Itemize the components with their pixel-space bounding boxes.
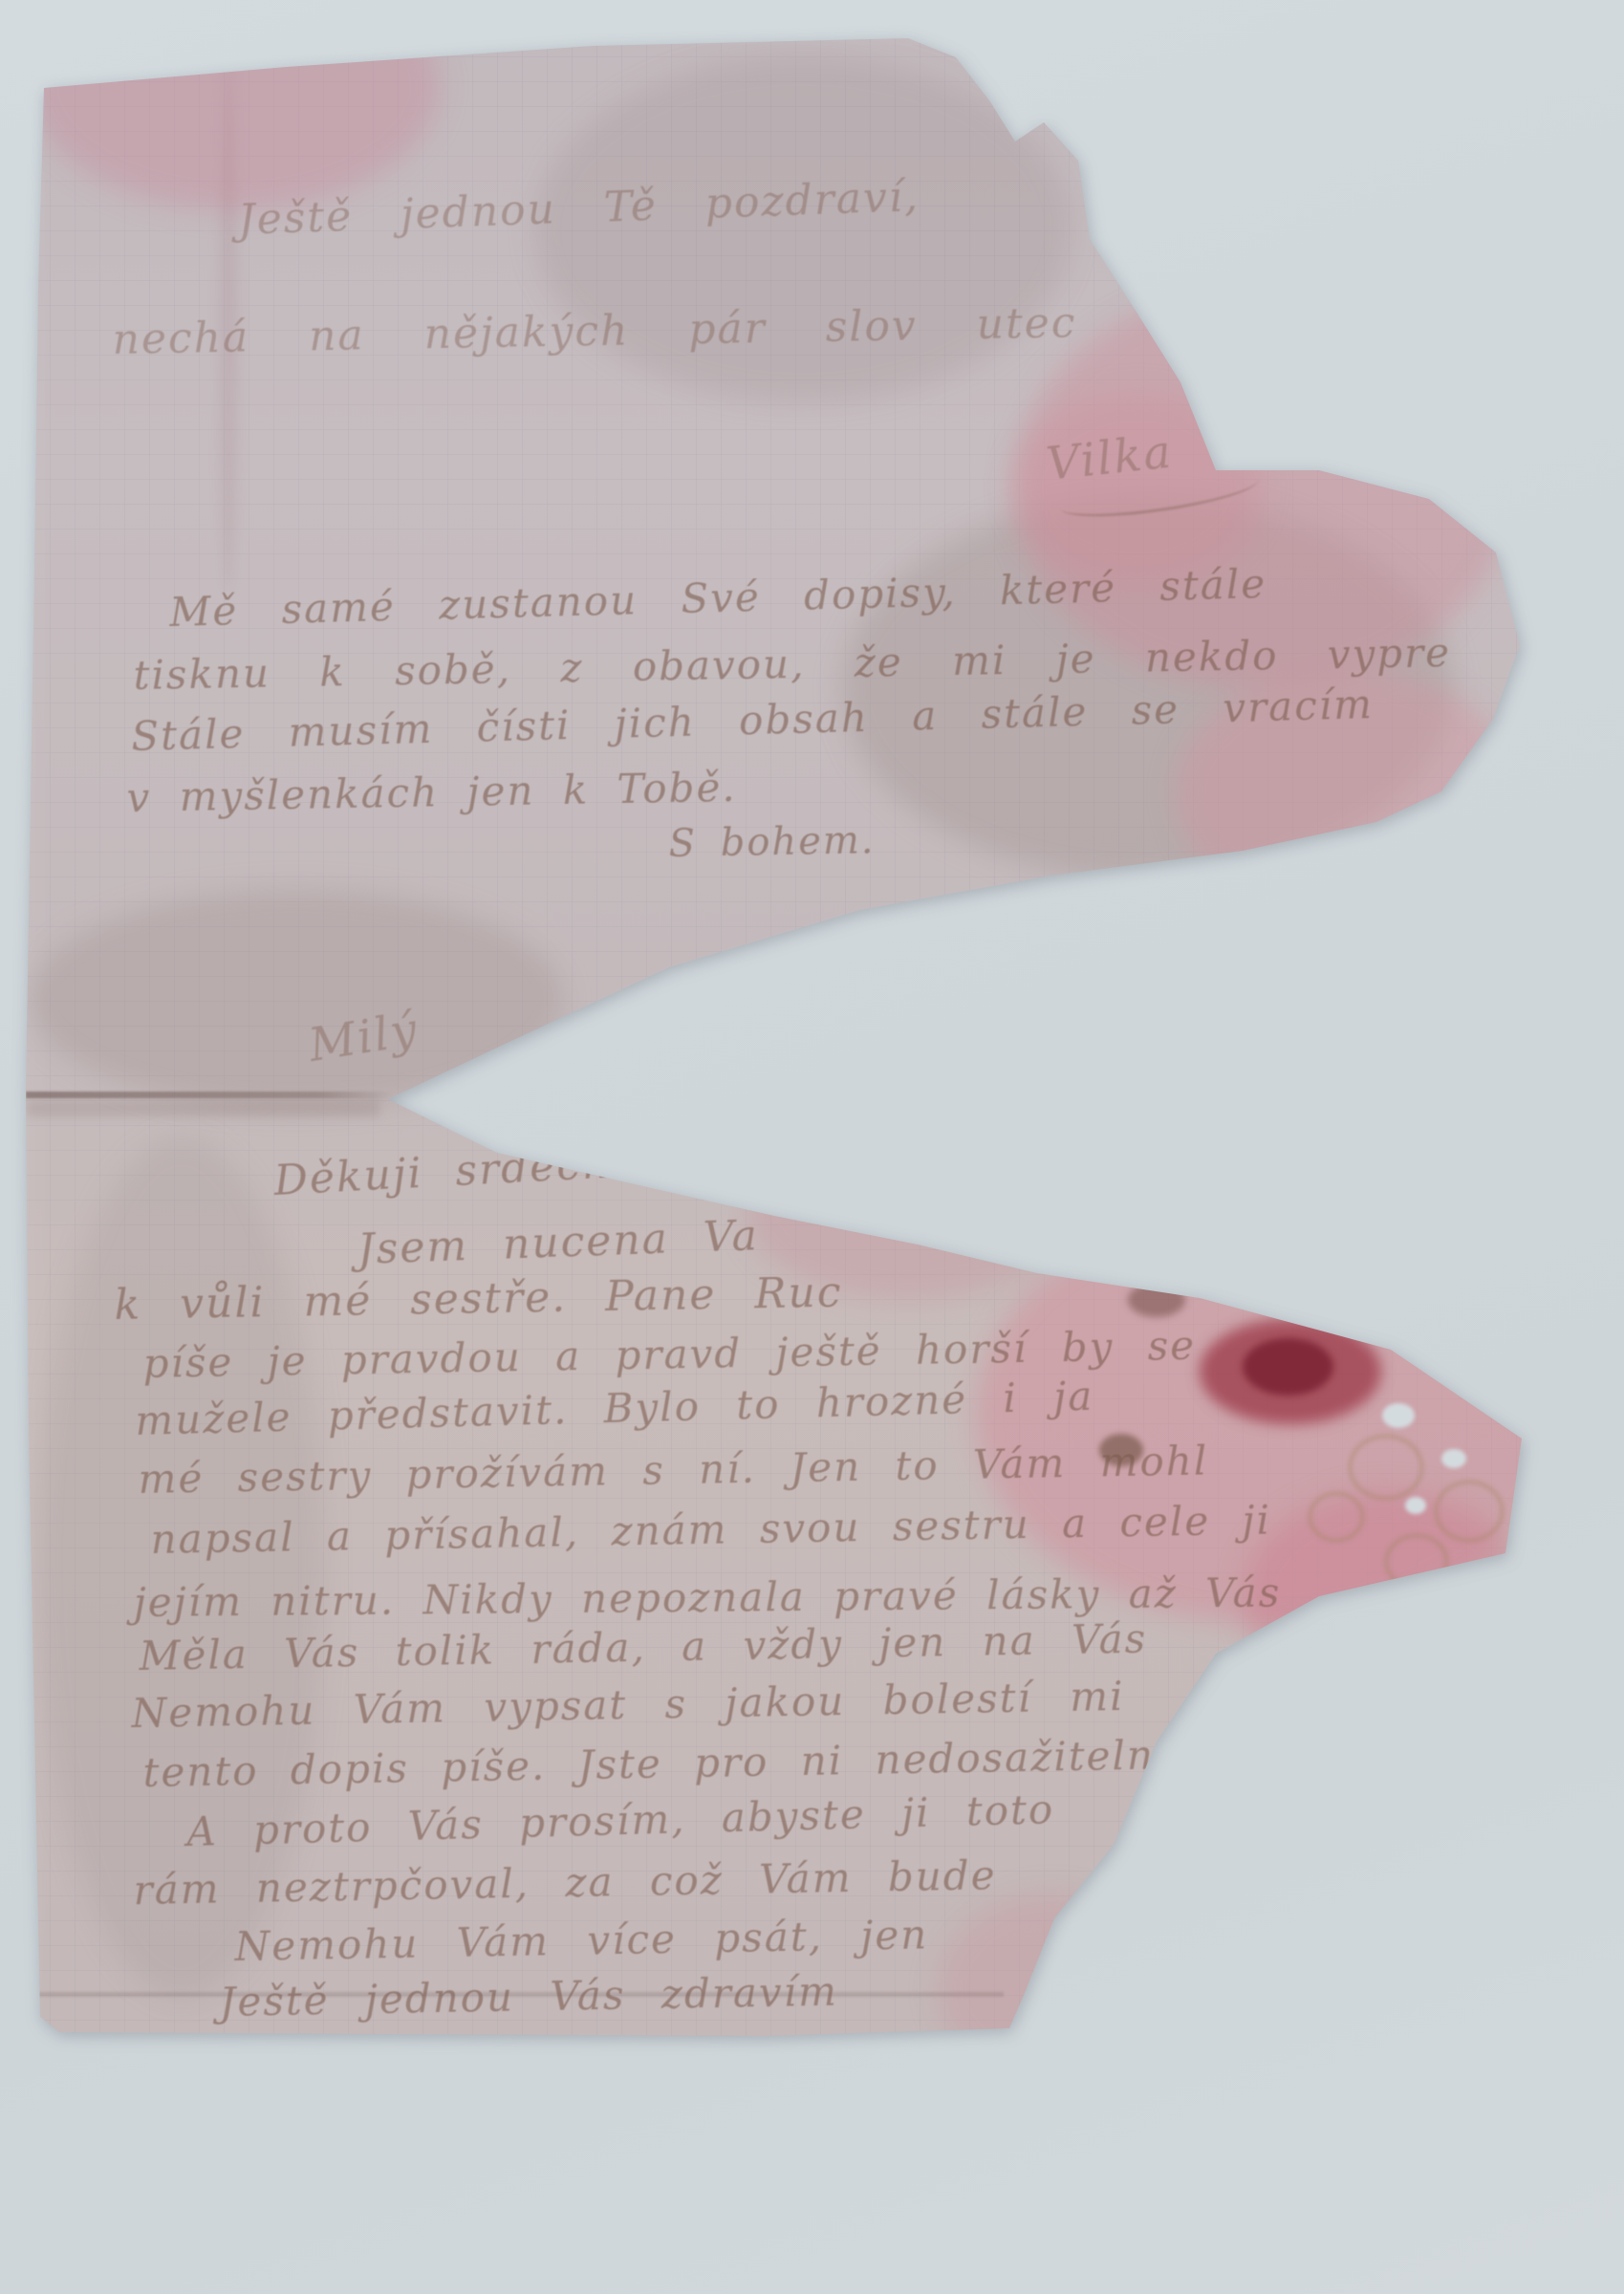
pink-stain [1176, 1797, 1424, 2084]
salutation: Milý [305, 1003, 422, 1072]
handwritten-line: Ještě jednou Vás zdravím [219, 1968, 838, 2025]
handwritten-line: k vůli mé sestře. Pane Ruc [114, 1268, 843, 1330]
handwritten-line: Ještě jednou Tě pozdraví, [237, 172, 920, 245]
handwritten-line: Měla Vás tolik ráda, a vždy jen na Vás [139, 1615, 1147, 1679]
closing-line: S bohem. [668, 818, 876, 866]
handwritten-line: Děkuji srdečn [272, 1139, 612, 1205]
handwritten-line: v myšlenkách jen k Tobě. [126, 764, 737, 821]
handwritten-line: Jsem nucena Va [357, 1211, 759, 1274]
letter-photograph: Ještě jednou Tě pozdraví,nechá na nějaký… [0, 0, 1624, 2294]
handwritten-line: Nemohu Vám vypsat s jakou bolestí mi [131, 1673, 1125, 1737]
handwritten-line: nechá na nějakých pár slov utec [112, 298, 1077, 364]
handwritten-line: Mě samé zustanou Své dopisy, které stále [169, 560, 1267, 636]
signature: Vilka [1044, 424, 1175, 491]
droplet-ring [1462, 1591, 1535, 1656]
paper-shadow-wrap: Ještě jednou Tě pozdraví,nechá na nějaký… [0, 0, 1624, 2294]
handwritten-line: Nemohu Vám více psát, jen [234, 1911, 928, 1970]
torn-paper-sheet: Ještě jednou Tě pozdraví,nechá na nějaký… [0, 0, 1624, 2294]
handwritten-line: A proto Vás prosím, abyste ji toto [186, 1785, 1055, 1855]
handwritten-line: rám neztrpčoval, za což Vám bude [133, 1851, 997, 1914]
handwritten-line: napsal a přísahal, znám svou sestru a ce… [150, 1497, 1271, 1563]
handwritten-line: mé sestry prožívám s ní. Jen to Vám mohl [138, 1437, 1208, 1503]
handwriting-layer: Ještě jednou Tě pozdraví,nechá na nějaký… [0, 0, 1624, 2294]
